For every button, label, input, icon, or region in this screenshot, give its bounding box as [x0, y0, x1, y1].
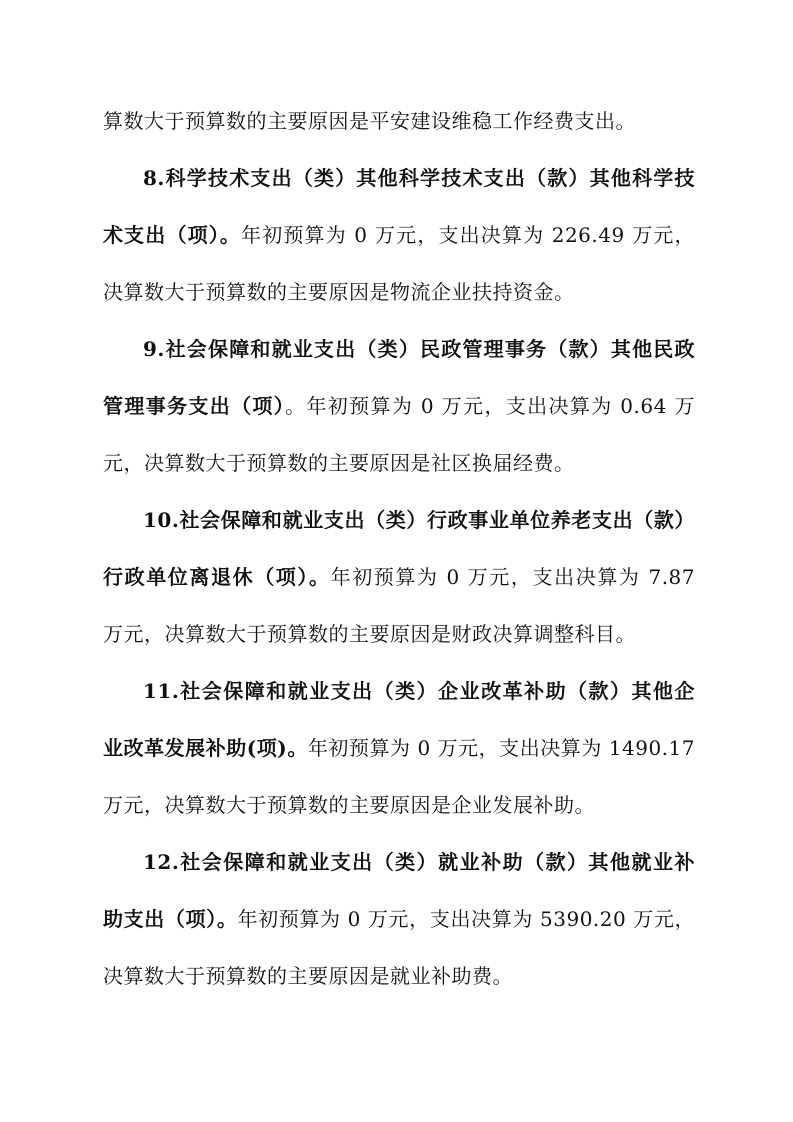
text-line: 业改革发展补助(项)。年初预算为 0 万元，支出决算为 1490.17 — [103, 728, 695, 768]
text-line: 管理事务支出（项）。年初预算为 0 万元，支出决算为 0.64 万 — [103, 386, 695, 426]
item-8-heading-tail: 术支出（项）。 — [103, 223, 241, 247]
body-text: 。年初预算为 0 万元，支出决算为 0.64 万 — [285, 394, 695, 418]
item-8-heading: 8.科学技术支出（类）其他科学技术支出（款）其他科学技 — [143, 166, 695, 190]
item-12-heading-line: 12.社会保障和就业支出（类）就业补助（款）其他就业补 — [143, 842, 695, 882]
text-line: 助支出（项）。年初预算为 0 万元，支出决算为 5390.20 万元， — [103, 899, 695, 939]
text-line: 万元，决算数大于预算数的主要原因是企业发展补助。 — [103, 785, 695, 825]
item-9-heading: 9.社会保障和就业支出（类）民政管理事务（款）其他民政 — [143, 337, 695, 361]
item-10-heading-tail: 行政单位离退休（项）。 — [103, 565, 331, 589]
body-text: 年初预算为 0 万元，支出决算为 7.87 — [331, 565, 695, 589]
item-9-heading-line: 9.社会保障和就业支出（类）民政管理事务（款）其他民政 — [143, 329, 695, 369]
body-text: 年初预算为 0 万元，支出决算为 226.49 万元， — [241, 223, 695, 247]
text-line: 决算数大于预算数的主要原因是物流企业扶持资金。 — [103, 272, 695, 312]
text-line: 元，决算数大于预算数的主要原因是社区换届经费。 — [103, 443, 695, 483]
item-11-heading-line: 11.社会保障和就业支出（类）企业改革补助（款）其他企 — [143, 671, 695, 711]
body-text: 决算数大于预算数的主要原因是就业补助费。 — [103, 964, 513, 988]
item-10-heading-line: 10.社会保障和就业支出（类）行政事业单位养老支出（款） — [143, 500, 695, 540]
item-8-heading-line: 8.科学技术支出（类）其他科学技术支出（款）其他科学技 — [143, 158, 695, 198]
text-line: 术支出（项）。年初预算为 0 万元，支出决算为 226.49 万元， — [103, 215, 695, 255]
item-10-heading: 10.社会保障和就业支出（类）行政事业单位养老支出（款） — [143, 508, 695, 532]
item-12-heading-tail: 助支出（项）。 — [103, 907, 237, 931]
item-12-heading: 12.社会保障和就业支出（类）就业补助（款）其他就业补 — [143, 850, 695, 874]
text-line: 万元，决算数大于预算数的主要原因是财政决算调整科目。 — [103, 614, 695, 654]
body-text: 算数大于预算数的主要原因是平安建设维稳工作经费支出。 — [103, 109, 636, 133]
body-text: 年初预算为 0 万元，支出决算为 1490.17 — [308, 736, 695, 760]
item-11-heading: 11.社会保障和就业支出（类）企业改革补助（款）其他企 — [143, 679, 695, 703]
text-line: 决算数大于预算数的主要原因是就业补助费。 — [103, 956, 695, 996]
body-text: 万元，决算数大于预算数的主要原因是企业发展补助。 — [103, 793, 595, 817]
body-text: 决算数大于预算数的主要原因是物流企业扶持资金。 — [103, 280, 575, 304]
document-page: 算数大于预算数的主要原因是平安建设维稳工作经费支出。 8.科学技术支出（类）其他… — [0, 0, 793, 1122]
body-text: 万元，决算数大于预算数的主要原因是财政决算调整科目。 — [103, 622, 636, 646]
text-line: 行政单位离退休（项）。年初预算为 0 万元，支出决算为 7.87 — [103, 557, 695, 597]
body-text: 年初预算为 0 万元，支出决算为 5390.20 万元， — [237, 907, 695, 931]
text-line: 算数大于预算数的主要原因是平安建设维稳工作经费支出。 — [103, 101, 695, 141]
item-9-heading-tail: 管理事务支出（项） — [103, 394, 285, 418]
body-text: 元，决算数大于预算数的主要原因是社区换届经费。 — [103, 451, 575, 475]
item-11-heading-tail: 业改革发展补助(项)。 — [103, 736, 308, 760]
